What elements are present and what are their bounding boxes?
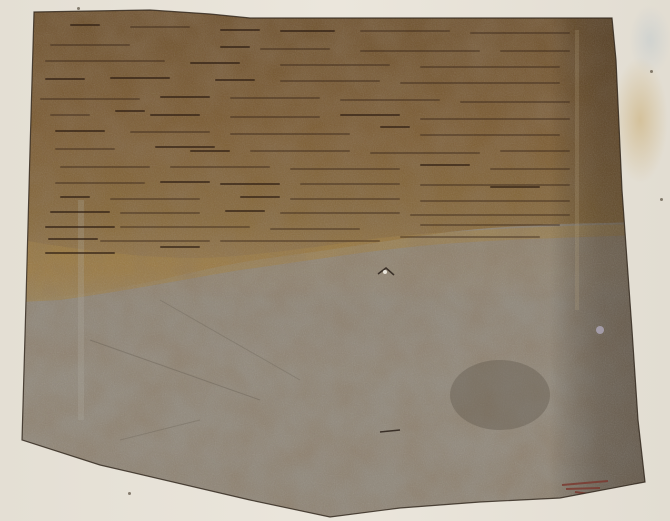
ink-stroke — [340, 114, 400, 116]
parchment-sheet — [0, 0, 670, 521]
ink-stroke — [400, 82, 560, 84]
ink-stroke — [220, 46, 250, 48]
ink-stroke — [500, 150, 570, 152]
ink-stroke — [420, 200, 570, 202]
ink-stroke — [420, 224, 560, 226]
ink-stroke — [100, 240, 210, 242]
ink-stroke — [55, 130, 105, 132]
ink-stroke — [470, 32, 570, 34]
ink-stroke — [40, 98, 140, 100]
ink-stroke — [490, 168, 570, 170]
ink-stroke — [45, 60, 165, 62]
ink-stroke — [215, 79, 255, 81]
ink-stroke — [150, 114, 200, 116]
ink-stroke — [45, 78, 85, 80]
ink-stroke — [110, 198, 200, 200]
ink-stroke — [50, 44, 130, 46]
ink-stroke — [160, 181, 210, 183]
ink-stroke — [260, 48, 330, 50]
ink-stroke — [290, 168, 400, 170]
ink-stroke — [230, 97, 320, 99]
ink-stroke — [230, 133, 350, 135]
ink-stroke — [55, 148, 115, 150]
ink-stroke — [270, 228, 360, 230]
ink-stroke — [500, 50, 570, 52]
ink-stroke — [220, 240, 380, 242]
ink-stroke — [290, 198, 400, 200]
ink-stroke — [45, 252, 115, 254]
ink-stroke — [460, 101, 570, 103]
ink-stroke — [420, 118, 570, 120]
ink-stroke — [130, 26, 190, 28]
ink-stroke — [60, 196, 90, 198]
ink-stroke — [48, 238, 98, 240]
ink-stroke — [410, 214, 570, 216]
ink-stroke — [340, 99, 440, 101]
ink-stroke — [120, 212, 200, 214]
ink-stroke — [155, 146, 215, 148]
ink-stroke — [170, 166, 270, 168]
ink-stroke — [420, 134, 560, 136]
ink-stroke — [60, 166, 150, 168]
ink-stroke — [50, 211, 110, 213]
ink-stroke — [190, 62, 240, 64]
ink-stroke — [230, 116, 320, 118]
ink-stroke — [280, 80, 380, 82]
ink-stroke — [190, 150, 230, 152]
ink-stroke — [280, 212, 400, 214]
ink-stroke — [160, 96, 210, 98]
ink-stroke — [300, 183, 400, 185]
ink-stroke — [360, 30, 450, 32]
ink-stroke — [130, 131, 210, 133]
ink-stroke — [110, 77, 170, 79]
ink-stroke — [370, 152, 480, 154]
ink-stroke — [120, 226, 250, 228]
ink-stroke — [490, 186, 540, 188]
ink-stroke — [400, 236, 540, 238]
ink-stroke — [160, 246, 200, 248]
ink-stroke — [420, 66, 560, 68]
ink-stroke — [240, 196, 280, 198]
ink-stroke — [360, 50, 480, 52]
ink-stroke — [280, 30, 335, 32]
ink-stroke — [280, 64, 390, 66]
ink-stroke — [50, 114, 90, 116]
ink-stroke — [420, 164, 470, 166]
ink-stroke — [55, 182, 145, 184]
ink-stroke — [225, 210, 265, 212]
ink-stroke — [220, 29, 260, 31]
ink-stroke — [115, 110, 145, 112]
ink-stroke — [45, 226, 115, 228]
ink-stroke — [70, 24, 100, 26]
ink-stroke — [380, 126, 410, 128]
ink-stroke — [220, 183, 280, 185]
ink-stroke — [250, 150, 350, 152]
